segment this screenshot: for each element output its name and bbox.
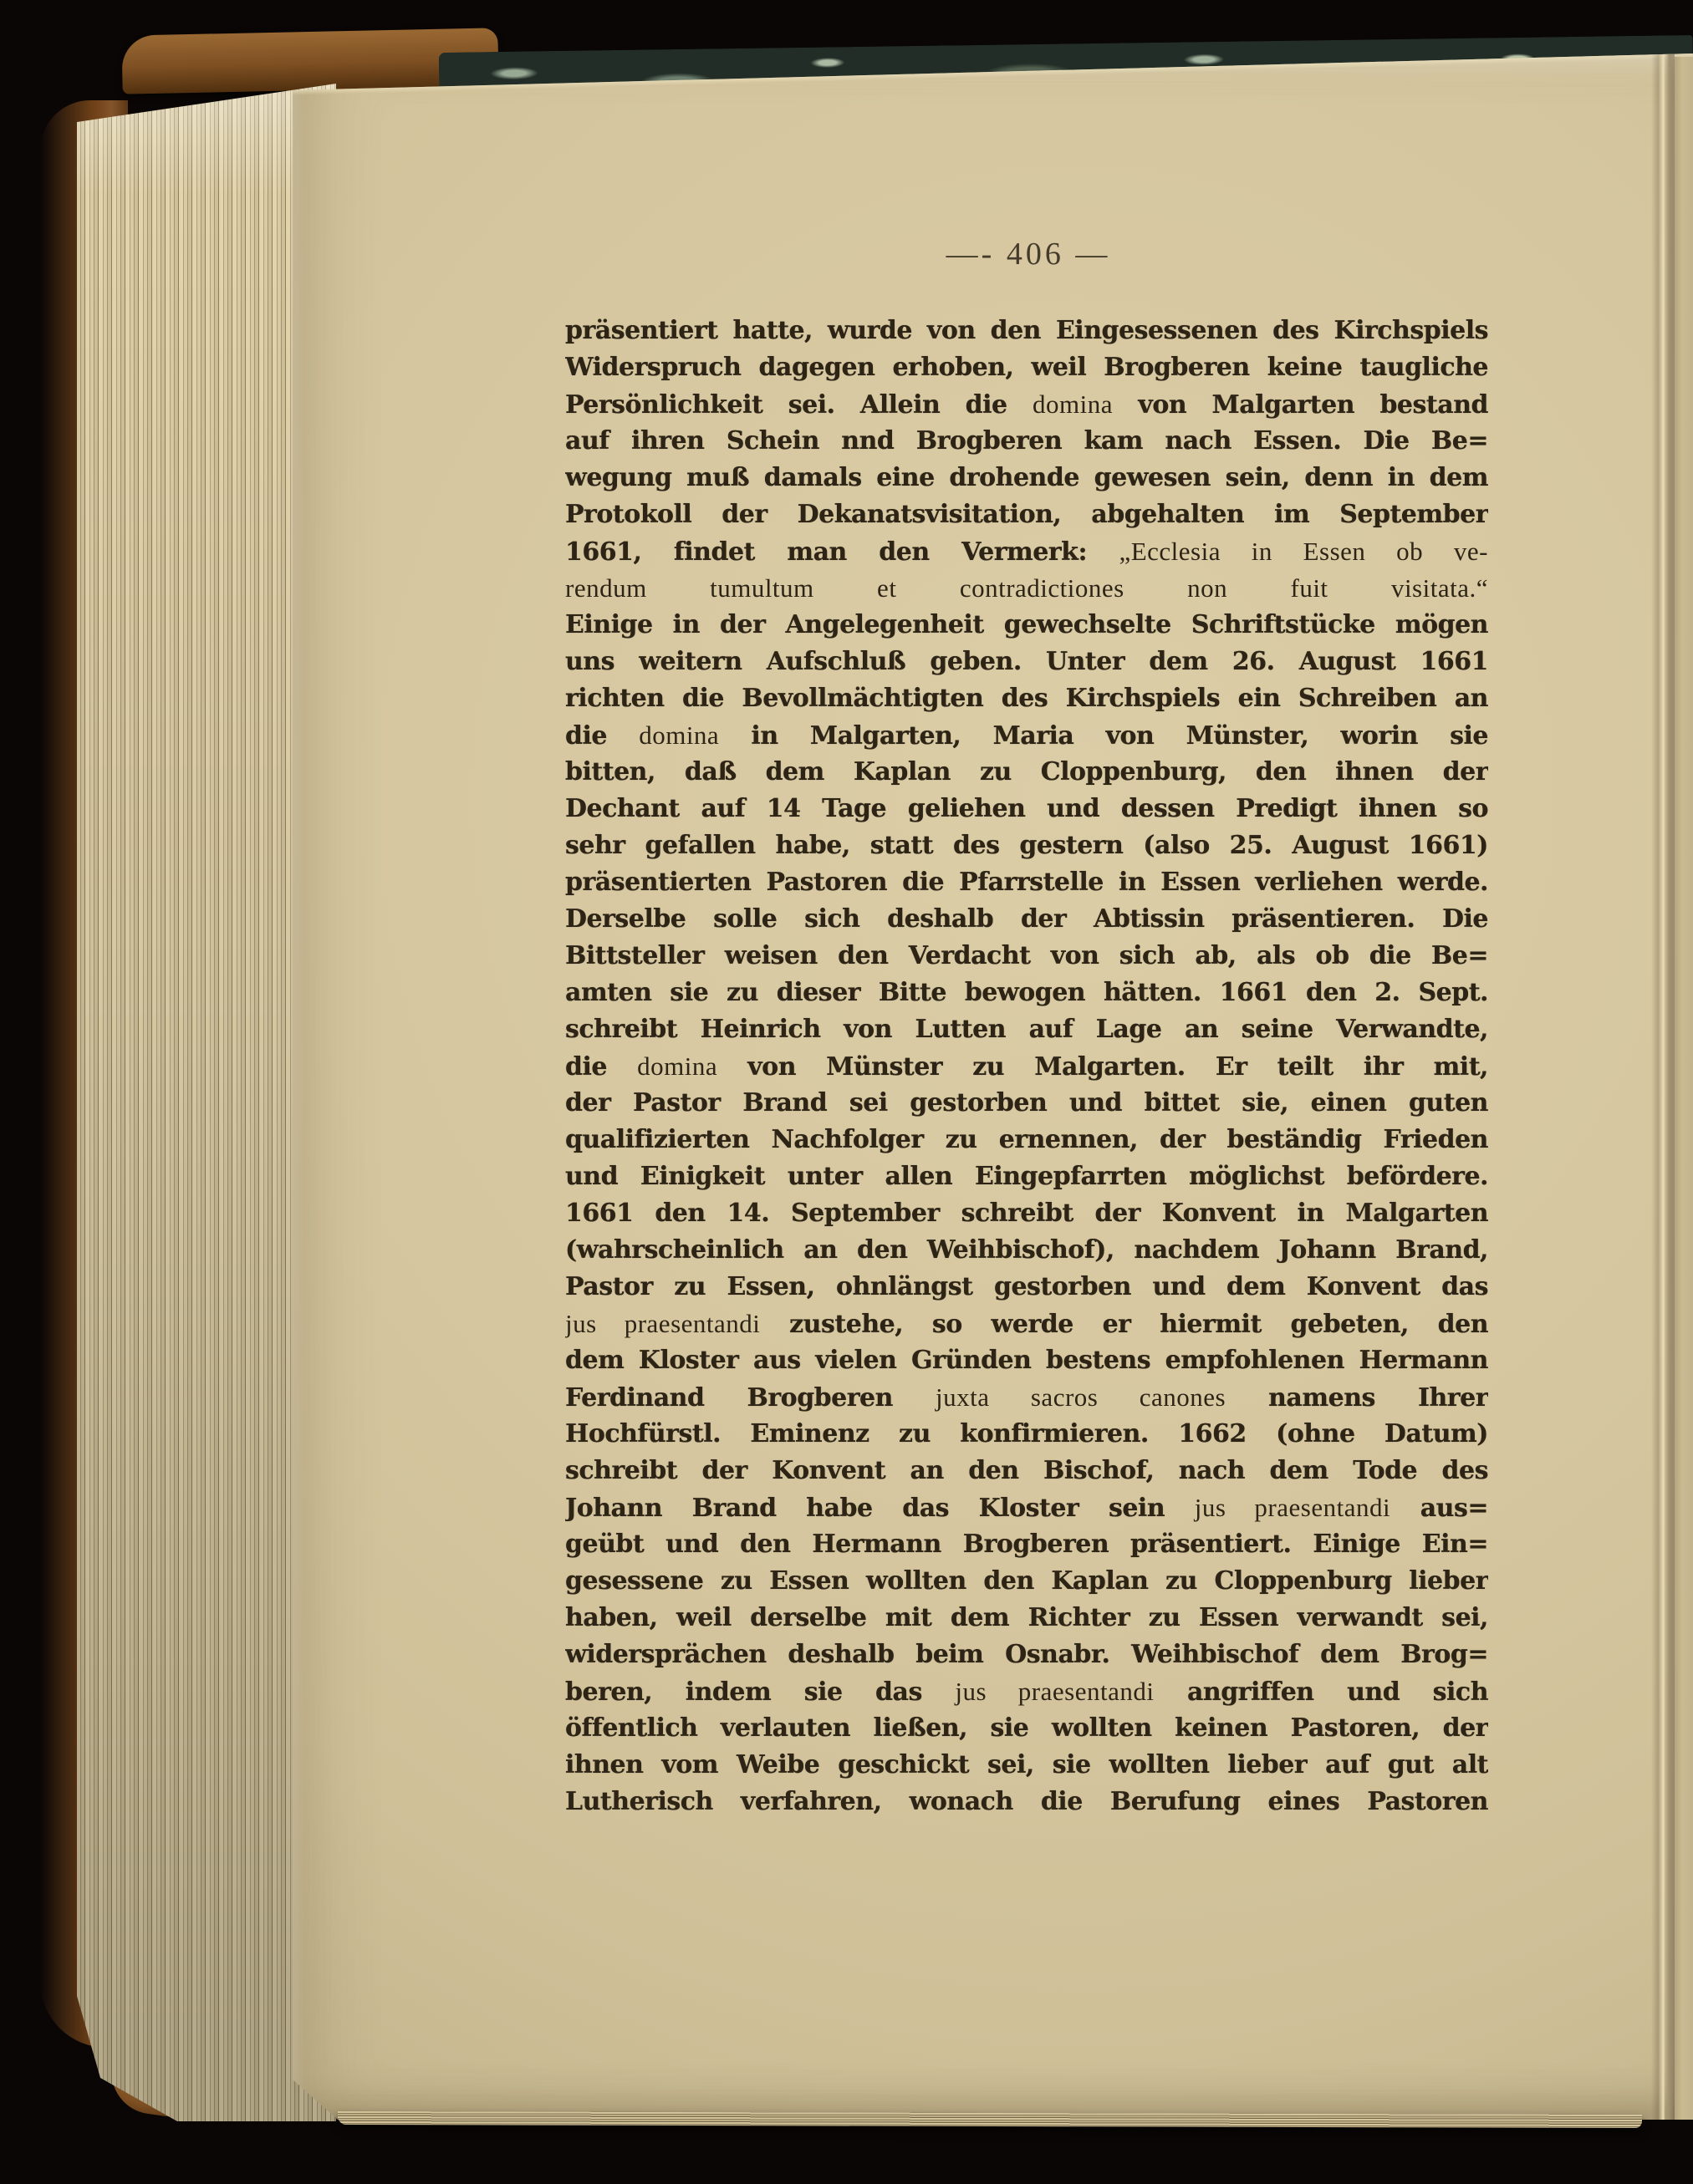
fraktur-text: Pastor zu Essen, ohnlängst gestorben und…	[565, 1272, 1488, 1301]
fraktur-text: ihnen vom Weibe geschickt sei, sie wollt…	[565, 1750, 1488, 1779]
text-line: (wahrscheinlich an den Weihbischof), nac…	[565, 1232, 1488, 1269]
fraktur-text: von Münster zu Malgarten. Er teilt ihr m…	[717, 1052, 1488, 1082]
text-line: haben, weil derselbe mit dem Richter zu …	[565, 1600, 1488, 1637]
fraktur-text: Derselbe solle sich deshalb der Abtissin…	[565, 904, 1488, 934]
fraktur-text: angriffen und sich	[1154, 1677, 1488, 1707]
text-line: qualifizierten Nachfolger zu ernennen, d…	[565, 1122, 1488, 1158]
text-line: amten sie zu dieser Bitte bewogen hätten…	[565, 975, 1488, 1011]
text-line: schreibt der Konvent an den Bischof, nac…	[565, 1453, 1488, 1489]
text-line: Protokoll der Dekanatsvisitation, abgeha…	[565, 496, 1488, 533]
fraktur-text: bitten, daß dem Kaplan zu Cloppenburg, d…	[565, 757, 1488, 787]
antiqua-text: „Ecclesia in Essen ob ve-	[1119, 537, 1488, 566]
fraktur-text: präsentierten Pastoren die Pfarrstelle i…	[565, 868, 1488, 897]
text-line: öffentlich verlauten ließen, sie wollten…	[565, 1710, 1488, 1747]
text-line: 1661, findet man den Vermerk: „Ecclesia …	[565, 533, 1488, 570]
fraktur-text: der Pastor Brand sei gestorben und bitte…	[565, 1088, 1488, 1117]
text-line: Einige in der Angelegenheit gewechselte …	[565, 607, 1488, 644]
text-line: gesessene zu Essen wollten den Kaplan zu…	[565, 1563, 1488, 1600]
fraktur-text: von Malgarten bestand	[1113, 390, 1488, 420]
text-line: Hochfürstl. Eminenz zu konfirmieren. 166…	[565, 1416, 1488, 1453]
text-line: bitten, daß dem Kaplan zu Cloppenburg, d…	[565, 754, 1488, 791]
fraktur-text: 1661 den 14. September schreibt der Konv…	[565, 1199, 1488, 1228]
text-line: Derselbe solle sich deshalb der Abtissin…	[565, 901, 1488, 938]
fraktur-text: Persönlichkeit sei. Allein die	[565, 390, 1033, 420]
text-line: uns weitern Aufschluß geben. Unter dem 2…	[565, 644, 1488, 680]
text-line: rendum tumultum et contradictiones non f…	[565, 570, 1488, 607]
text-line: schreibt Heinrich von Lutten auf Lage an…	[565, 1011, 1488, 1048]
fraktur-text: und Einigkeit unter allen Eingepfarrten …	[565, 1162, 1488, 1191]
text-line: dem Kloster aus vielen Gründen bestens e…	[565, 1342, 1488, 1379]
text-line: beren, indem sie das jus praesentandi an…	[565, 1673, 1488, 1710]
fraktur-text: dem Kloster aus vielen Gründen bestens e…	[565, 1346, 1488, 1375]
text-block: präsentiert hatte, wurde von den Eingese…	[565, 313, 1488, 1820]
fraktur-text: (wahrscheinlich an den Weihbischof), nac…	[565, 1235, 1488, 1265]
antiqua-text: rendum tumultum et contradictiones non f…	[565, 573, 1488, 603]
antiqua-text: juxta sacros canones	[936, 1382, 1226, 1412]
text-line: jus praesentandi zustehe, so werde er hi…	[565, 1306, 1488, 1342]
fraktur-text: 1661, findet man den Vermerk:	[565, 537, 1119, 567]
antiqua-text: domina	[639, 720, 719, 750]
fraktur-text: Hochfürstl. Eminenz zu konfirmieren. 166…	[565, 1419, 1488, 1448]
text-line: richten die Bevollmächtigten des Kirchsp…	[565, 680, 1488, 717]
text-line: die domina von Münster zu Malgarten. Er …	[565, 1048, 1488, 1085]
text-line: Persönlichkeit sei. Allein die domina vo…	[565, 386, 1488, 423]
text-line: geübt und den Hermann Brogberen präsenti…	[565, 1526, 1488, 1563]
fraktur-text: haben, weil derselbe mit dem Richter zu …	[565, 1603, 1488, 1632]
fraktur-text: beren, indem sie das	[565, 1677, 955, 1707]
text-line: auf ihren Schein nnd Brogberen kam nach …	[565, 423, 1488, 460]
fraktur-text: öffentlich verlauten ließen, sie wollten…	[565, 1713, 1488, 1743]
fraktur-text: die	[565, 1052, 637, 1082]
antiqua-text: domina	[637, 1051, 717, 1081]
fraktur-text: in Malgarten, Maria von Münster, worin s…	[719, 721, 1488, 751]
fraktur-text: Ferdinand Brogberen	[565, 1383, 936, 1413]
fraktur-text: geübt und den Hermann Brogberen präsenti…	[565, 1530, 1488, 1559]
fraktur-text: Widerspruch dagegen erhoben, weil Brogbe…	[565, 353, 1488, 382]
fraktur-text: Bittsteller weisen den Verdacht von sich…	[565, 941, 1488, 970]
text-line: Ferdinand Brogberen juxta sacros canones…	[565, 1379, 1488, 1416]
fraktur-text: schreibt der Konvent an den Bischof, nac…	[565, 1456, 1488, 1485]
fraktur-text: schreibt Heinrich von Lutten auf Lage an…	[565, 1015, 1488, 1044]
fraktur-text: zustehe, so werde er hiermit gebeten, de…	[760, 1310, 1488, 1339]
fraktur-text: widersprächen deshalb beim Osnabr. Weihb…	[565, 1640, 1488, 1669]
fraktur-text: auf ihren Schein nnd Brogberen kam nach …	[565, 426, 1488, 456]
fraktur-text: amten sie zu dieser Bitte bewogen hätten…	[565, 978, 1488, 1007]
antiqua-text: jus praesentandi	[565, 1309, 760, 1338]
fraktur-text: präsentiert hatte, wurde von den Eingese…	[565, 316, 1488, 345]
fraktur-text: gesessene zu Essen wollten den Kaplan zu…	[565, 1566, 1488, 1596]
text-line: die domina in Malgarten, Maria von Münst…	[565, 717, 1488, 754]
text-line: Dechant auf 14 Tage geliehen und dessen …	[565, 791, 1488, 827]
text-line: Bittsteller weisen den Verdacht von sich…	[565, 938, 1488, 975]
antiqua-text: jus praesentandi	[955, 1677, 1154, 1706]
fraktur-text: namens Ihrer	[1226, 1383, 1488, 1413]
antiqua-text: domina	[1033, 389, 1113, 419]
fraktur-text: qualifizierten Nachfolger zu ernennen, d…	[565, 1125, 1488, 1154]
text-line: widersprächen deshalb beim Osnabr. Weihb…	[565, 1637, 1488, 1673]
fraktur-text: Einige in der Angelegenheit gewechselte …	[565, 610, 1488, 639]
fraktur-text: die	[565, 721, 639, 751]
text-line: ihnen vom Weibe geschickt sei, sie wollt…	[565, 1747, 1488, 1784]
text-line: präsentiert hatte, wurde von den Eingese…	[565, 313, 1488, 349]
text-line: präsentierten Pastoren die Pfarrstelle i…	[565, 864, 1488, 901]
text-line: Widerspruch dagegen erhoben, weil Brogbe…	[565, 349, 1488, 386]
fraktur-text: Lutherisch verfahren, wonach die Berufun…	[565, 1787, 1488, 1816]
text-line: Lutherisch verfahren, wonach die Berufun…	[565, 1784, 1488, 1820]
fraktur-text: uns weitern Aufschluß geben. Unter dem 2…	[565, 647, 1488, 676]
fraktur-text: sehr gefallen habe, statt des gestern (a…	[565, 831, 1488, 860]
fraktur-text: aus=	[1390, 1494, 1488, 1523]
fraktur-text: richten die Bevollmächtigten des Kirchsp…	[565, 684, 1488, 713]
book-photo: —- 406 — präsentiert hatte, wurde von de…	[0, 0, 1693, 2184]
text-line: der Pastor Brand sei gestorben und bitte…	[565, 1085, 1488, 1122]
fraktur-text: Johann Brand habe das Kloster sein	[565, 1494, 1195, 1523]
text-line: Johann Brand habe das Kloster sein jus p…	[565, 1489, 1488, 1526]
fraktur-text: Dechant auf 14 Tage geliehen und dessen …	[565, 794, 1488, 823]
text-line: sehr gefallen habe, statt des gestern (a…	[565, 827, 1488, 864]
text-line: wegung muß damals eine drohende gewesen …	[565, 460, 1488, 496]
fraktur-text: Protokoll der Dekanatsvisitation, abgeha…	[565, 500, 1488, 529]
text-line: Pastor zu Essen, ohnlängst gestorben und…	[565, 1269, 1488, 1306]
printed-content: —- 406 — präsentiert hatte, wurde von de…	[0, 0, 1693, 2184]
text-line: 1661 den 14. September schreibt der Konv…	[565, 1195, 1488, 1232]
antiqua-text: jus praesentandi	[1195, 1493, 1390, 1522]
text-line: und Einigkeit unter allen Eingepfarrten …	[565, 1158, 1488, 1195]
page-number: —- 406 —	[569, 236, 1488, 272]
fraktur-text: wegung muß damals eine drohende gewesen …	[565, 463, 1488, 492]
